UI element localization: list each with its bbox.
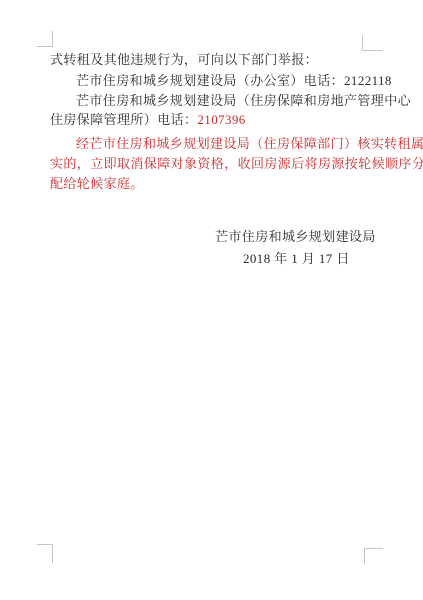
warning-line-1: 经芒市住房和城乡规划建设局（住房保障部门）核实转租属 (76, 136, 423, 151)
office-phone-label: 芒市住房和城乡规划建设局（办公室）电话： (76, 73, 344, 88)
warning-line-2: 实的，立即取消保障对象资格，收回房源后将房源按轮候顺序分 (50, 156, 423, 171)
management-office-phone-number: 2107396 (197, 112, 245, 127)
crop-mark-bottom-right (364, 548, 383, 564)
signature-issuer: 芒市住房和城乡规划建设局 (215, 229, 376, 244)
crop-mark-bottom-left (37, 544, 53, 563)
crop-mark-top-right (362, 35, 383, 51)
report-intro-line: 式转租及其他违规行为，可向以下部门举报： (50, 52, 318, 67)
office-phone-number: 2122118 (344, 73, 392, 88)
office-phone-line: 芒市住房和城乡规划建设局（办公室）电话：2122118 (76, 73, 392, 88)
document-page: 式转租及其他违规行为，可向以下部门举报： 芒市住房和城乡规划建设局（办公室）电话… (0, 0, 423, 600)
center-phone-line-2: 住房保障管理所）电话：2107396 (50, 112, 246, 127)
center-phone-line-1: 芒市住房和城乡规划建设局（住房保障和房地产管理中心 (76, 93, 411, 108)
warning-line-3: 配给轮候家庭。 (50, 176, 144, 191)
crop-mark-top-left (37, 31, 53, 47)
signature-date: 2018 年 1 月 17 日 (243, 251, 350, 266)
management-office-phone-label: 住房保障管理所）电话： (50, 112, 197, 127)
